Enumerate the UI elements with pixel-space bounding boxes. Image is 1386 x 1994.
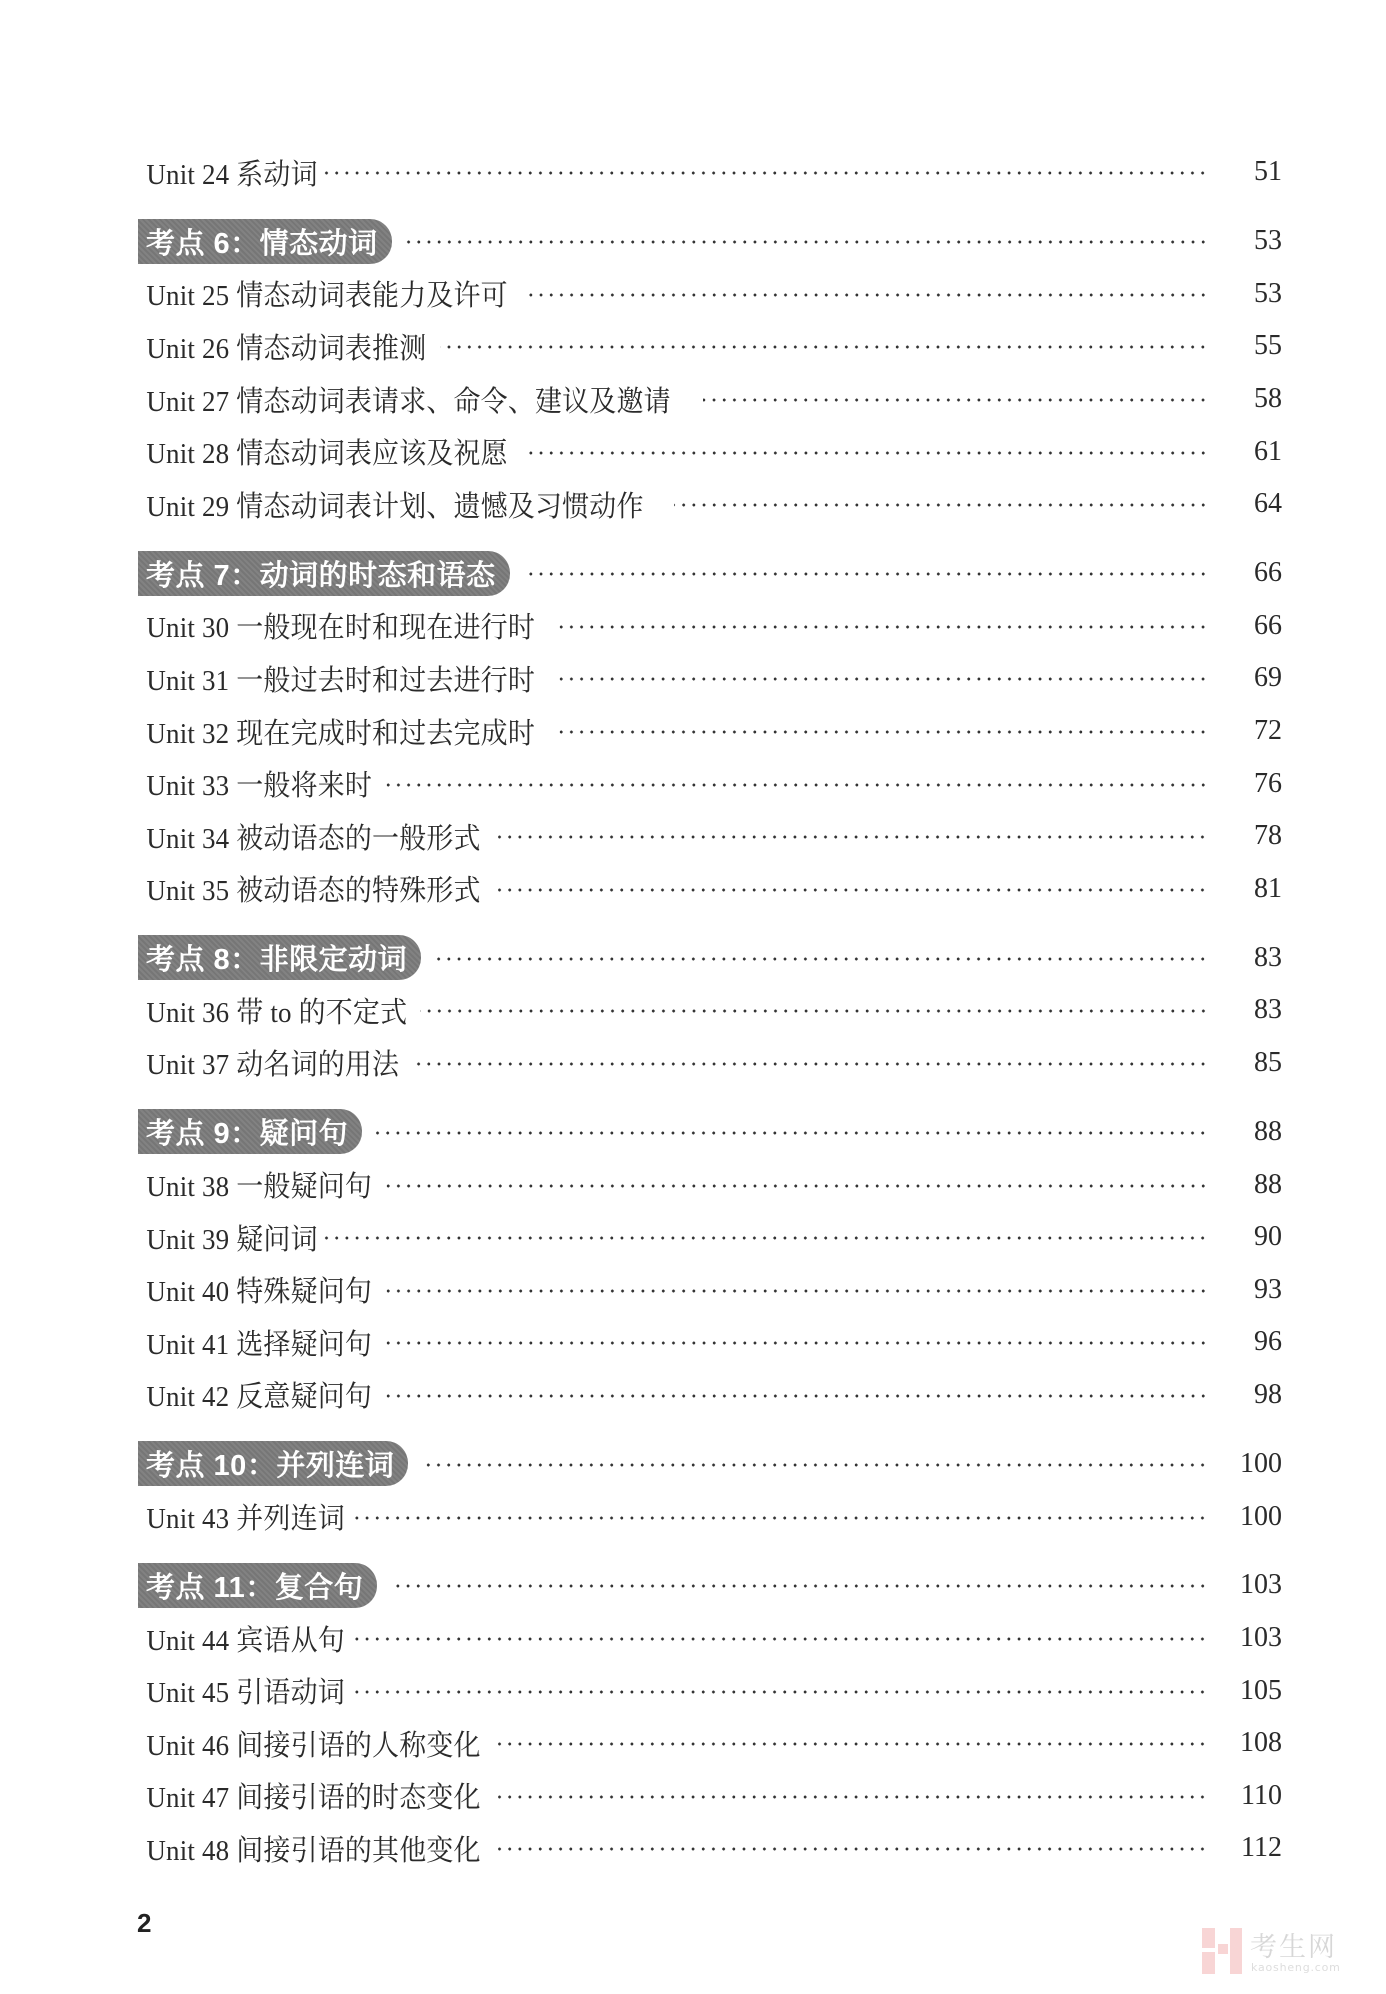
entry-title: Unit 42 反意疑问句 [138,1374,372,1415]
toc-entry[interactable]: Unit 44 宾语从句103 [138,1612,1282,1665]
toc-section[interactable]: 考点 6：情态动词53 [138,215,1282,268]
dot-leader [323,1236,1208,1240]
section-badge: 考点 6：情态动词 [138,219,392,264]
entry-page: 83 [1220,994,1282,1026]
entry-title: Unit 30 一般现在时和现在进行时 [138,605,535,646]
entry-title: Unit 31 一般过去时和过去进行时 [138,658,535,699]
toc-entry[interactable]: Unit 27 情态动词表请求、命令、建议及邀请58 [138,373,1282,426]
entry-title: Unit 48 间接引语的其他变化 [138,1828,481,1869]
entry-title: Unit 41 选择疑问句 [138,1322,372,1363]
dot-leader [557,677,1208,681]
entry-title: Unit 28 情态动词表应该及祝愿 [138,431,508,472]
kaosheng-logo-icon [1202,1928,1242,1974]
dot-leader [703,398,1208,402]
entry-page: 69 [1220,662,1282,694]
entry-page: 83 [1220,942,1282,974]
dot-leader [411,1062,1208,1066]
entry-page: 81 [1220,873,1282,905]
dot-leader [391,1584,1208,1588]
entry-title: Unit 29 情态动词表计划、遗憾及习惯动作 [138,484,644,525]
entry-page: 90 [1220,1221,1282,1253]
toc-entry[interactable]: Unit 29 情态动词表计划、遗憾及习惯动作64 [138,478,1282,531]
watermark-brand-en: kaosheng.com [1251,1961,1341,1974]
toc-entry[interactable]: Unit 45 引语动词105 [138,1664,1282,1717]
entry-page: 110 [1220,1780,1282,1812]
toc-entry[interactable]: Unit 30 一般现在时和现在进行时66 [138,600,1282,653]
entry-title: Unit 32 现在完成时和过去完成时 [138,711,535,752]
toc-section[interactable]: 考点 9：疑问句88 [138,1106,1282,1159]
toc-section[interactable]: 考点 7：动词的时态和语态66 [138,547,1282,600]
dot-leader [376,1131,1208,1135]
toc-entry[interactable]: Unit 34 被动语态的一般形式78 [138,810,1282,863]
dot-leader [498,1742,1208,1746]
dot-leader [435,957,1208,961]
toc-entry[interactable]: Unit 24 系动词51 [138,146,1282,199]
toc-entry[interactable]: Unit 33 一般将来时76 [138,757,1282,810]
toc-entry[interactable]: Unit 37 动名词的用法85 [138,1037,1282,1090]
dot-leader [382,783,1208,787]
entry-page: 55 [1220,330,1282,362]
entry-page: 100 [1220,1448,1282,1480]
dot-leader [382,1394,1208,1398]
entry-title: Unit 37 动名词的用法 [138,1042,399,1083]
dot-leader [352,1637,1208,1641]
entry-page: 72 [1220,715,1282,747]
toc-entry[interactable]: Unit 35 被动语态的特殊形式81 [138,863,1282,916]
watermark: 考生网 kaosheng.com [1202,1925,1372,1985]
dot-leader [498,1795,1208,1799]
entry-title: Unit 43 并列连词 [138,1496,345,1537]
entry-page: 53 [1220,278,1282,310]
dot-leader [382,1341,1208,1345]
entry-page: 108 [1220,1727,1282,1759]
toc-entry[interactable]: Unit 46 间接引语的人称变化108 [138,1717,1282,1770]
section-badge: 考点 10：并列连词 [138,1441,408,1486]
entry-title: Unit 39 疑问词 [138,1217,318,1258]
dot-leader [422,1463,1208,1467]
entry-title: Unit 45 引语动词 [138,1670,345,1711]
toc-entry[interactable]: Unit 39 疑问词90 [138,1211,1282,1264]
toc-entry[interactable]: Unit 38 一般疑问句88 [138,1158,1282,1211]
entry-title: Unit 47 间接引语的时态变化 [138,1775,481,1816]
entry-page: 78 [1220,820,1282,852]
entry-page: 103 [1220,1622,1282,1654]
dot-leader [498,835,1208,839]
entry-title: Unit 34 被动语态的一般形式 [138,816,481,857]
toc-section[interactable]: 考点 10：并列连词100 [138,1438,1282,1491]
dot-leader [406,240,1208,244]
toc-entry[interactable]: Unit 31 一般过去时和过去进行时69 [138,652,1282,705]
entry-page: 93 [1220,1274,1282,1306]
dot-leader [524,572,1208,576]
entry-page: 96 [1220,1326,1282,1358]
toc-entry[interactable]: Unit 41 选择疑问句96 [138,1316,1282,1369]
toc-entry[interactable]: Unit 40 特殊疑问句93 [138,1263,1282,1316]
entry-page: 85 [1220,1047,1282,1079]
dot-leader [528,293,1208,297]
section-badge: 考点 7：动词的时态和语态 [138,551,510,596]
entry-page: 100 [1220,1501,1282,1533]
entry-page: 51 [1220,156,1282,188]
toc-section[interactable]: 考点 8：非限定动词83 [138,931,1282,984]
toc-entry[interactable]: Unit 32 现在完成时和过去完成时72 [138,705,1282,758]
section-badge: 考点 9：疑问句 [138,1109,362,1154]
section-badge: 考点 8：非限定动词 [138,935,421,980]
entry-title: Unit 27 情态动词表请求、命令、建议及邀请 [138,379,671,420]
toc-section[interactable]: 考点 11：复合句103 [138,1559,1282,1612]
entry-title: Unit 36 带 to 的不定式 [138,990,407,1031]
toc-entry[interactable]: Unit 42 反意疑问句98 [138,1369,1282,1422]
dot-leader [323,171,1208,175]
entry-page: 64 [1220,488,1282,520]
dot-leader [674,503,1208,507]
dot-leader [498,1847,1208,1851]
dot-leader [420,1009,1208,1013]
entry-title: Unit 24 系动词 [138,152,318,193]
entry-page: 88 [1220,1169,1282,1201]
entry-page: 66 [1220,610,1282,642]
toc-entry[interactable]: Unit 26 情态动词表推测55 [138,320,1282,373]
dot-leader [352,1516,1208,1520]
toc-entry[interactable]: Unit 47 间接引语的时态变化110 [138,1770,1282,1823]
toc-entry[interactable]: Unit 36 带 to 的不定式83 [138,984,1282,1037]
entry-page: 98 [1220,1379,1282,1411]
entry-title: Unit 40 特殊疑问句 [138,1269,372,1310]
page-number: 2 [137,1908,151,1939]
entry-title: Unit 44 宾语从句 [138,1618,345,1659]
entry-title: Unit 38 一般疑问句 [138,1164,372,1205]
dot-leader [557,730,1208,734]
dot-leader [528,451,1208,455]
section-badge: 考点 11：复合句 [138,1563,377,1608]
watermark-brand-cn: 考生网 [1250,1925,1337,1964]
entry-page: 88 [1220,1116,1282,1148]
toc-entry[interactable]: Unit 48 间接引语的其他变化112 [138,1822,1282,1875]
dot-leader [382,1289,1208,1293]
entry-page: 105 [1220,1675,1282,1707]
dot-leader [382,1184,1208,1188]
entry-title: Unit 25 情态动词表能力及许可 [138,273,508,314]
entry-page: 112 [1220,1832,1282,1864]
entry-page: 66 [1220,557,1282,589]
toc-entry[interactable]: Unit 25 情态动词表能力及许可53 [138,268,1282,321]
entry-title: Unit 35 被动语态的特殊形式 [138,868,481,909]
entry-title: Unit 46 间接引语的人称变化 [138,1723,481,1764]
entry-page: 103 [1220,1569,1282,1601]
dot-leader [440,345,1208,349]
entry-page: 76 [1220,768,1282,800]
toc-entry[interactable]: Unit 28 情态动词表应该及祝愿61 [138,425,1282,478]
table-of-contents: Unit 24 系动词51 考点 6：情态动词53 Unit 25 情态动词表能… [138,146,1282,1875]
dot-leader [557,625,1208,629]
entry-page: 53 [1220,225,1282,257]
toc-entry[interactable]: Unit 43 并列连词100 [138,1490,1282,1543]
entry-title: Unit 33 一般将来时 [138,763,372,804]
dot-leader [498,888,1208,892]
entry-page: 61 [1220,436,1282,468]
dot-leader [352,1690,1208,1694]
entry-title: Unit 26 情态动词表推测 [138,326,426,367]
entry-page: 58 [1220,383,1282,415]
